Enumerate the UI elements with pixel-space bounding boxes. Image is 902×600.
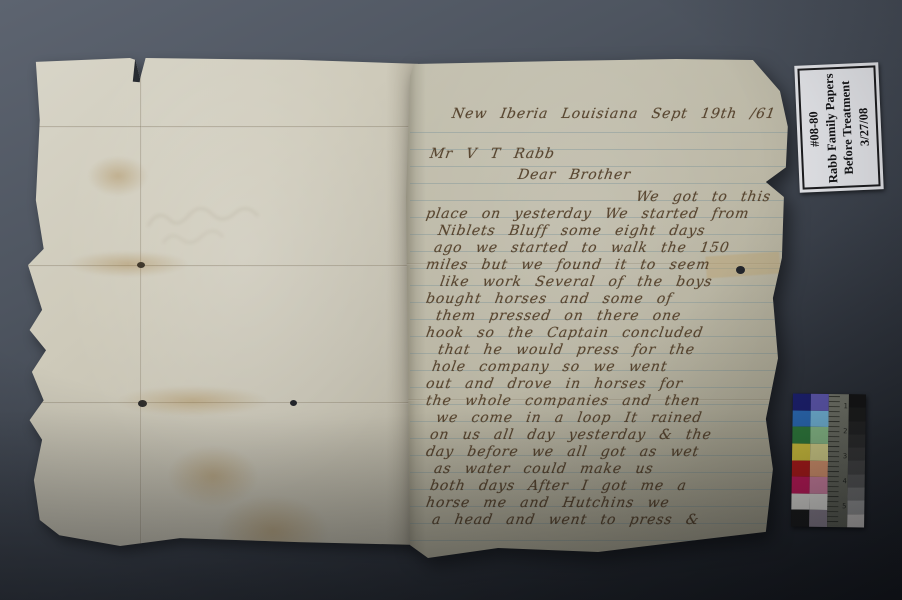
color-swatch (792, 460, 810, 477)
handwritten-addressee: Mr V T Rabb (429, 146, 556, 162)
handwritten-line: bought horses and some of (425, 291, 796, 308)
handwritten-line: miles but we found it to seem (425, 257, 796, 274)
grayscale-swatch (848, 474, 865, 488)
ruler-number: 2 (843, 427, 848, 452)
color-swatch (792, 410, 810, 427)
fold-crease (140, 56, 142, 548)
stain (118, 386, 268, 416)
right-page-paper: New Iberia Louisiana Sept 19th /61 Mr V … (406, 58, 798, 560)
grayscale-swatch (847, 514, 864, 528)
letter-right-page: New Iberia Louisiana Sept 19th /61 Mr V … (406, 58, 798, 560)
stain (218, 496, 328, 566)
handwritten-line: day before we all got as wet (425, 444, 796, 461)
grayscale-swatch (848, 461, 865, 475)
handwritten-line: on us all day yesterday & the (429, 427, 796, 444)
color-swatch (810, 477, 828, 494)
color-swatch (810, 460, 828, 477)
grayscale-swatch (847, 487, 864, 501)
color-swatch (810, 410, 828, 427)
stain (168, 446, 258, 506)
handwritten-dateline: New Iberia Louisiana Sept 19th /61 (451, 106, 777, 122)
handwritten-salutation: Dear Brother (517, 167, 632, 183)
handwritten-line: them pressed on there one (435, 308, 796, 325)
left-page-paper (28, 56, 420, 548)
ruler-numbers: 1 2 3 4 5 (842, 402, 848, 527)
handwritten-line: hook so the Captain concluded (425, 325, 796, 342)
grayscale-swatch (849, 408, 866, 422)
grayscale-swatch (847, 501, 864, 515)
photo-backdrop: New Iberia Louisiana Sept 19th /61 Mr V … (0, 0, 902, 600)
color-swatch-column (791, 393, 811, 526)
handwritten-line: like work Several of the boys (439, 274, 796, 291)
letter-left-page (28, 56, 420, 548)
color-swatch (792, 427, 810, 444)
color-swatch (810, 427, 828, 444)
archival-label: #08-80 Rabb Family Papers Before Treatme… (794, 62, 883, 193)
color-swatch (809, 510, 827, 527)
color-calibration-target: 1 2 3 4 5 (791, 393, 866, 527)
handwritten-line: ago we started to walk the 150 (433, 240, 796, 257)
paper-hole (290, 400, 297, 406)
handwritten-line: as water could make us (433, 461, 796, 478)
fold-crease (28, 126, 420, 128)
color-swatch (793, 393, 811, 410)
color-swatch (792, 443, 810, 460)
handwritten-line: the whole companies and then (425, 393, 796, 410)
handwritten-line: place on yesterday We started from (425, 206, 796, 223)
color-swatch (792, 477, 810, 494)
handwritten-line: that he would press for the (437, 342, 796, 359)
handwritten-line: a head and went to press & (431, 512, 796, 529)
ruler-ticks (827, 396, 840, 525)
handwritten-line: out and drove in horses for (425, 376, 796, 393)
ruler-number: 3 (843, 452, 848, 477)
ink-bleedthrough (138, 171, 288, 261)
grayscale-swatch (849, 394, 866, 408)
grayscale-swatch (848, 447, 865, 461)
color-swatch (791, 510, 809, 527)
handwritten-line: hole company so we went (431, 359, 796, 376)
handwritten-line: Niblets Bluff some eight days (437, 223, 796, 240)
handwritten-line: we come in a loop It rained (435, 410, 796, 427)
ruler-number: 4 (842, 477, 847, 502)
color-swatch (791, 493, 809, 510)
grayscale-swatch (848, 421, 865, 435)
handwritten-line: horse me and Hutchins we (425, 495, 796, 512)
grayscale-swatch (848, 434, 865, 448)
grayscale-column (847, 394, 866, 527)
color-swatch-column (809, 394, 829, 527)
color-swatch (809, 493, 827, 510)
color-swatch (811, 394, 829, 411)
color-swatch (810, 444, 828, 461)
label-text: #08-80 Rabb Family Papers Before Treatme… (803, 66, 874, 189)
ruler-number: 5 (842, 502, 847, 527)
handwritten-line: We got to this (635, 189, 796, 206)
ruler-number: 1 (843, 402, 848, 427)
letter-body: We got to this place on yesterday We sta… (424, 189, 794, 529)
handwritten-line: both days After I got me a (429, 478, 796, 495)
ruler: 1 2 3 4 5 (827, 394, 849, 527)
